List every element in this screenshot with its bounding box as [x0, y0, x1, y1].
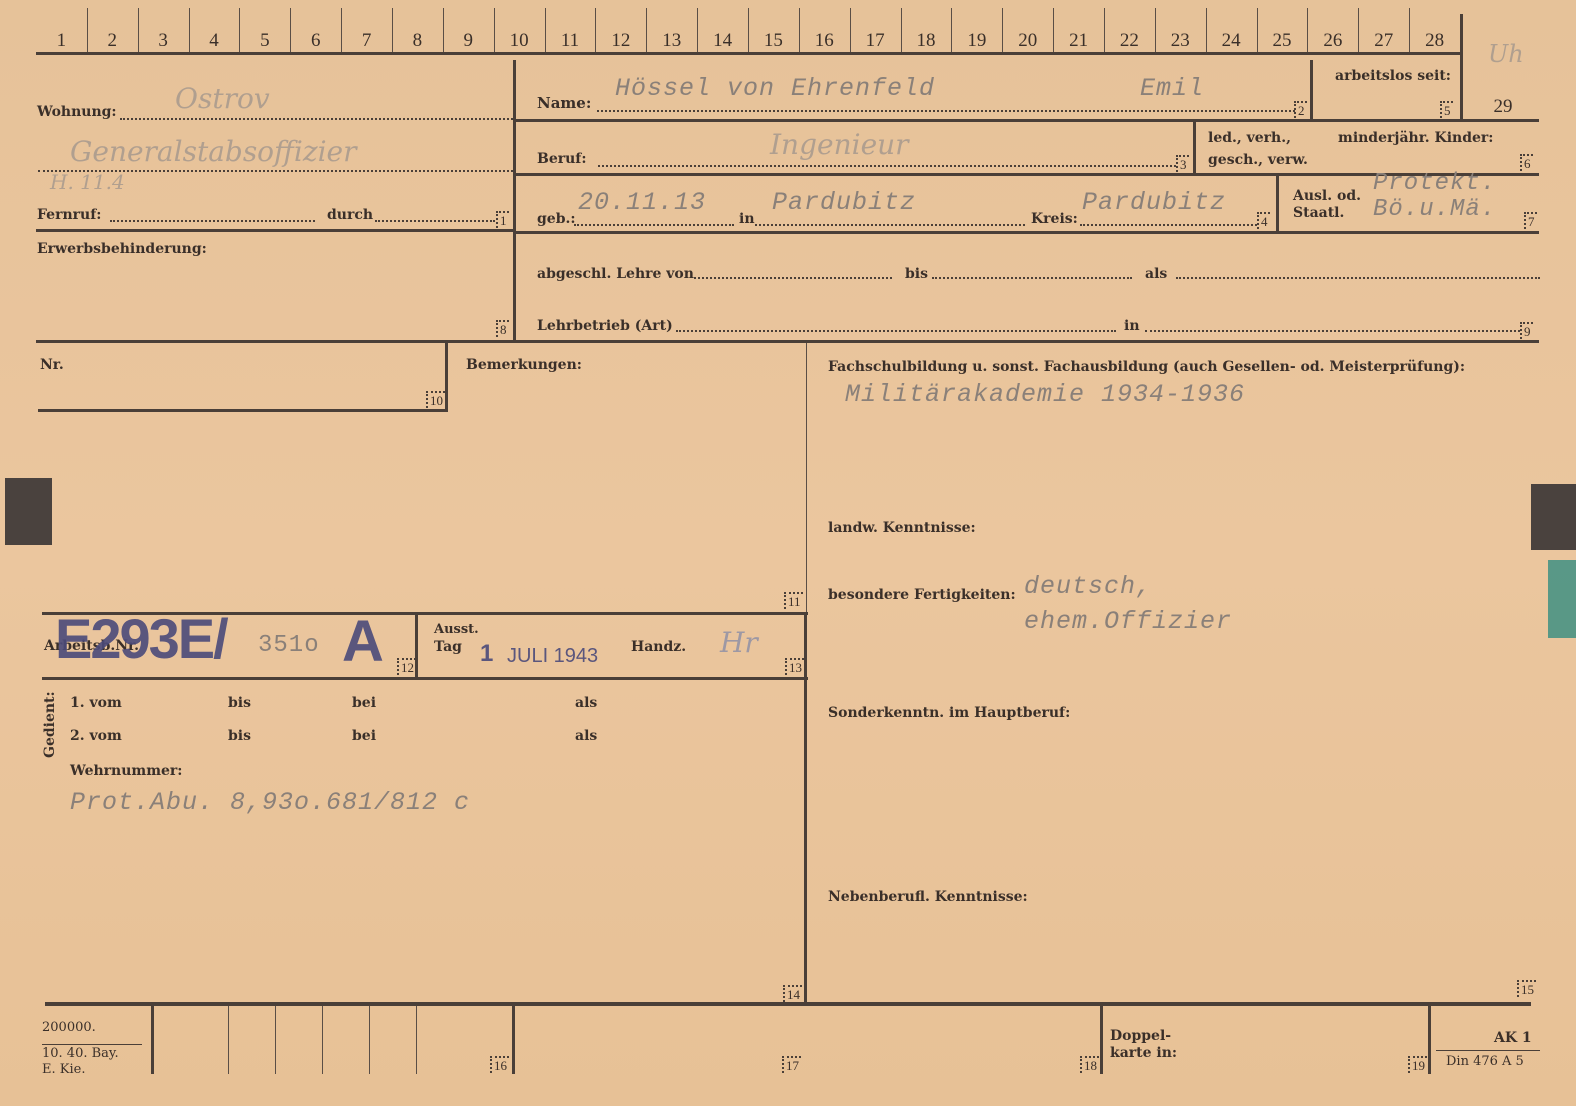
column-number: 27 [1364, 30, 1404, 52]
divider [1460, 14, 1463, 120]
birthplace-value: Pardubitz [772, 188, 916, 217]
column-number: 20 [1008, 30, 1048, 52]
landw-label: landw. Kenntnisse: [828, 520, 976, 536]
handz-signature: Hr [720, 626, 758, 659]
color-mark-teal [1548, 560, 1576, 638]
gedient-label: Gedient: [42, 698, 58, 758]
divider [45, 1002, 1531, 1006]
column-number: 13 [652, 30, 692, 52]
column-divider [901, 8, 902, 54]
wohnung-label: Wohnung: [37, 104, 117, 120]
column-divider [850, 8, 851, 54]
divider [516, 231, 1539, 234]
fachschul-value: Militärakademie 1934-1936 [845, 380, 1245, 409]
beruf-label: Beruf: [537, 151, 587, 167]
fachschul-label: Fachschulbildung u. sonst. Fachausbildun… [828, 359, 1465, 375]
column-number: 12 [601, 30, 641, 52]
column-divider [1358, 8, 1359, 54]
first-name-value: Emil [1140, 74, 1204, 103]
field-number-12: 12 [397, 658, 416, 675]
column-number: 23 [1160, 30, 1200, 52]
military-row-vom: 2. vom [70, 728, 122, 744]
lehrbetrieb-label: Lehrbetrieb (Art) [537, 318, 673, 334]
sonderkenntnisse-label: Sonderkenntn. im Hauptberuf: [828, 705, 1070, 721]
fertigkeiten-label: besondere Fertigkeiten: [828, 587, 1016, 603]
column-divider [1206, 8, 1207, 54]
column-divider [1307, 8, 1308, 54]
column-number: 16 [804, 30, 844, 52]
column-divider [951, 8, 952, 54]
divider [512, 1004, 515, 1074]
divider [513, 60, 516, 342]
column-number: 28 [1415, 30, 1455, 52]
military-row-bei: bei [352, 728, 376, 744]
ausst-label: Ausst. [434, 622, 479, 637]
print-info-1: 10. 40. Bay. [42, 1046, 119, 1061]
column-divider [545, 8, 546, 54]
divider [416, 1006, 417, 1074]
print-info-2: E. Kie. [42, 1062, 85, 1077]
name-value: Hössel von Ehrenfeld [615, 74, 935, 103]
column-number: 19 [957, 30, 997, 52]
column-divider [87, 8, 88, 54]
military-row-als: als [575, 728, 597, 744]
divider [275, 1006, 276, 1074]
divider [151, 1004, 154, 1074]
dotted-line [694, 277, 892, 279]
staat-value-1: Protekt. [1373, 170, 1496, 197]
divider [1428, 1004, 1431, 1074]
field-number-10: 10 [426, 391, 445, 408]
column-number: 8 [397, 30, 437, 52]
erwerbsbehinderung-label: Erwerbsbehinderung: [37, 241, 207, 257]
dotted-line [598, 165, 1176, 167]
staat-label-2: Staatl. [1293, 205, 1344, 221]
field-number-3: 3 [1176, 155, 1189, 172]
divider [322, 1006, 323, 1074]
fertigkeiten-value-2: ehem.Offizier [1024, 607, 1232, 636]
kreis-label: Kreis: [1031, 211, 1078, 227]
divider [804, 614, 807, 1006]
dotted-line [574, 224, 734, 226]
nebenberuf-label: Nebenberufl. Kenntnisse: [828, 889, 1028, 905]
wehrnummer-value: Prot.Abu. 8,93o.681/812 c [70, 788, 470, 817]
dotted-line [375, 220, 495, 222]
column-number: 3 [143, 30, 183, 52]
fertigkeiten-value-1: deutsch, [1024, 572, 1152, 601]
column-number: 6 [296, 30, 336, 52]
dotted-line [1176, 277, 1540, 279]
column-number: 10 [499, 30, 539, 52]
column-number: 9 [448, 30, 488, 52]
column-number: 18 [906, 30, 946, 52]
column-number: 14 [703, 30, 743, 52]
divider [38, 409, 448, 412]
birth-date-value: 20.11.13 [578, 188, 706, 217]
issue-date-day: 1 [480, 640, 493, 668]
column-divider [189, 8, 190, 54]
column-number: 21 [1059, 30, 1099, 52]
dotted-line [1080, 224, 1257, 226]
corner-handwriting: Uh [1488, 40, 1524, 68]
divider [36, 52, 1462, 55]
column-divider [1257, 8, 1258, 54]
wohnung-handwriting-2: Generalstabsoffizier [70, 135, 357, 168]
column-divider [392, 8, 393, 54]
divider [1193, 122, 1196, 174]
column-divider [697, 8, 698, 54]
index-mark-right [1531, 484, 1576, 550]
beruf-handwriting: Ingenieur [770, 128, 909, 161]
column-divider [239, 8, 240, 54]
staat-value-2: Bö.u.Mä. [1373, 196, 1496, 223]
issue-date-month-year: JULI 1943 [507, 645, 598, 668]
divider [1310, 60, 1313, 120]
divider [445, 342, 448, 412]
field-number-18: 18 [1080, 1056, 1099, 1073]
handz-label: Handz. [631, 639, 686, 655]
column-number: 25 [1262, 30, 1302, 52]
column-divider [341, 8, 342, 54]
column-divider [290, 8, 291, 54]
field-number-6: 6 [1520, 154, 1533, 171]
column-number: 2 [92, 30, 132, 52]
field-number-5: 5 [1440, 101, 1453, 118]
field-number-1: 1 [496, 211, 509, 228]
field-number-19: 19 [1408, 1056, 1427, 1073]
column-divider [595, 8, 596, 54]
column-number: 17 [855, 30, 895, 52]
divider [36, 229, 516, 232]
bemerkungen-label: Bemerkungen: [466, 357, 582, 373]
dotted-line [1145, 330, 1520, 332]
arbeitsbuch-stamp-code: E293E/ [55, 606, 227, 671]
column-divider [1409, 8, 1410, 54]
divider [516, 119, 1539, 122]
dotted-line [597, 110, 1295, 112]
column-divider [138, 8, 139, 54]
column-number: 4 [194, 30, 234, 52]
field-number-4: 4 [1257, 212, 1270, 229]
dotted-line [110, 220, 315, 222]
dotted-line [755, 224, 1025, 226]
column-divider [646, 8, 647, 54]
column-number: 26 [1313, 30, 1353, 52]
field-number-15: 15 [1517, 980, 1536, 997]
military-row-bis: bis [228, 728, 251, 744]
divider [36, 340, 1539, 343]
column-divider [443, 8, 444, 54]
column-number: 15 [753, 30, 793, 52]
field-number-9: 9 [1520, 322, 1533, 339]
dotted-line [932, 277, 1132, 279]
column-number: 7 [347, 30, 387, 52]
wohnung-handwriting: Ostrov [175, 82, 270, 115]
dotted-line [676, 330, 1116, 332]
kreis-value: Pardubitz [1082, 188, 1226, 217]
field-number-2: 2 [1294, 101, 1307, 118]
nr-label: Nr. [40, 357, 64, 373]
column-divider [1053, 8, 1054, 54]
divider [1100, 1004, 1103, 1074]
geb-label: geb.: [537, 211, 576, 227]
registration-card: 1234567891011121314151617181920212223242… [0, 0, 1576, 1106]
divider [1436, 1050, 1540, 1051]
military-row-als: als [575, 695, 597, 711]
column-divider [748, 8, 749, 54]
din-code: Din 476 A 5 [1446, 1054, 1524, 1069]
military-row-bei: bei [352, 695, 376, 711]
durch-label: durch [327, 207, 373, 223]
column-divider [1002, 8, 1003, 54]
fernruf-label: Fernruf: [37, 207, 101, 223]
column-number: 11 [550, 30, 590, 52]
wohnung-handwriting-3: H. 11.4 [50, 170, 125, 194]
status-label-2: gesch., verw. [1208, 152, 1308, 168]
arbeitsbuch-stamp-letter: A [342, 608, 384, 675]
divider [1276, 176, 1279, 232]
in-label: in [739, 211, 755, 227]
field-number-13: 13 [785, 658, 804, 675]
field-number-17: 17 [782, 1056, 801, 1073]
doppelkarte-label-1: Doppel- [1110, 1028, 1171, 1044]
column-number: 22 [1109, 30, 1149, 52]
column-number: 5 [245, 30, 285, 52]
dotted-line [120, 118, 513, 120]
military-row-vom: 1. vom [70, 695, 122, 711]
doppelkarte-label-2: karte in: [1110, 1045, 1177, 1061]
kinder-label: minderjähr. Kinder: [1338, 130, 1493, 146]
wehrnummer-label: Wehrnummer: [70, 763, 182, 779]
lehre-als-label: als [1145, 266, 1167, 282]
divider [42, 1044, 142, 1045]
name-label: Name: [537, 94, 591, 112]
column-divider [799, 8, 800, 54]
divider [369, 1006, 370, 1074]
corner-number: 29 [1483, 96, 1523, 118]
lehre-bis-label: bis [905, 266, 928, 282]
column-number: 1 [41, 30, 81, 52]
tag-label: Tag [434, 639, 462, 655]
field-number-7: 7 [1524, 212, 1537, 229]
lehrbetrieb-in-label: in [1124, 318, 1140, 334]
field-number-16: 16 [490, 1056, 509, 1073]
field-number-14: 14 [783, 985, 802, 1002]
field-number-11: 11 [784, 592, 803, 609]
arbeitslos-label: arbeitslos seit: [1335, 68, 1451, 84]
military-row-bis: bis [228, 695, 251, 711]
status-label-1: led., verh., [1208, 130, 1291, 146]
print-run: 200000. [42, 1020, 96, 1035]
form-code: AK 1 [1494, 1030, 1532, 1046]
index-mark-left [5, 478, 52, 545]
lehre-label: abgeschl. Lehre von [537, 266, 694, 282]
staat-label-1: Ausl. od. [1293, 188, 1361, 204]
arbeitsbuch-typed-number: 351o [258, 632, 320, 659]
column-divider [1104, 8, 1105, 54]
divider [228, 1006, 229, 1074]
column-number: 24 [1211, 30, 1251, 52]
column-divider [1155, 8, 1156, 54]
column-divider [494, 8, 495, 54]
divider [42, 677, 808, 680]
field-number-8: 8 [496, 320, 509, 337]
